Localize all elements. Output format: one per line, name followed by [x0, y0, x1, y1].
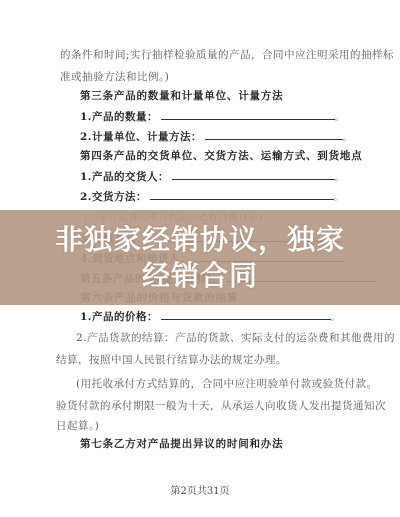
- blank-line: [205, 129, 343, 140]
- period: 。: [335, 173, 344, 182]
- blank-line: [172, 169, 335, 180]
- period: 。: [331, 313, 340, 322]
- field-product-price: 1.产品的价格：。: [80, 309, 339, 325]
- blank-line: [161, 309, 331, 320]
- article7-heading: 第七条乙方对产品提出异议的时间和办法: [80, 437, 283, 451]
- blank-line: [150, 189, 334, 200]
- field-product-quantity: 1.产品的数量：。: [80, 109, 343, 125]
- blank-line: [161, 109, 335, 120]
- payment-note-line: 验货付款的承付期限一般为十天，从承运人向收货人发出提货通知次: [56, 399, 386, 413]
- article3-heading: 第三条产品的数量和计量单位、计量方法: [80, 89, 283, 103]
- period: 。: [334, 193, 343, 202]
- field-deliverer: 1.产品的交货人：。: [80, 169, 343, 185]
- page-indicator: 第2页共31页: [0, 482, 400, 497]
- banner-title-line1: 非独家经销协议，独家: [0, 222, 400, 258]
- payment-note-line: 日起算。): [56, 419, 99, 433]
- field-measurement-unit: 2.计量单位、计量方法：。: [80, 129, 351, 145]
- article4-heading: 第四条产品的交货单位、交货方法、运输方式、到货地点: [80, 149, 363, 163]
- banner-title-line2: 经销合同: [0, 258, 400, 294]
- banner-title: 非独家经销协议，独家 经销合同: [0, 222, 400, 294]
- field-label: 2.交货方法：: [80, 191, 147, 203]
- field-delivery-method: 2.交货方法：。: [80, 189, 342, 205]
- field-label: 1.产品的交货人：: [80, 171, 169, 183]
- document-page: 的条件和时间;实行抽样检验质量的产品，合同中应注明采用的抽样标 准或抽验方法和比…: [0, 0, 400, 517]
- paragraph-line: 准或抽验方法和比例。): [60, 70, 169, 84]
- field-label: 2.计量单位、计量方法：: [80, 131, 202, 143]
- field-label: 1.产品的价格：: [80, 311, 158, 323]
- period: 。: [343, 133, 352, 142]
- paragraph-line: 的条件和时间;实行抽样检验质量的产品，合同中应注明采用的抽样标: [60, 48, 394, 62]
- payment-settlement-line: 2.产品货款的结算：产品的货款、实际支付的运杂费和其他费用的: [76, 331, 395, 345]
- payment-settlement-line: 结算，按照中国人民银行结算办法的规定办理。: [56, 353, 287, 367]
- payment-note-line: (用托收承付方式结算的，合同中应注明验单付款或验货付款。: [76, 377, 378, 391]
- field-label: 1.产品的数量：: [80, 111, 158, 123]
- period: 。: [335, 113, 344, 122]
